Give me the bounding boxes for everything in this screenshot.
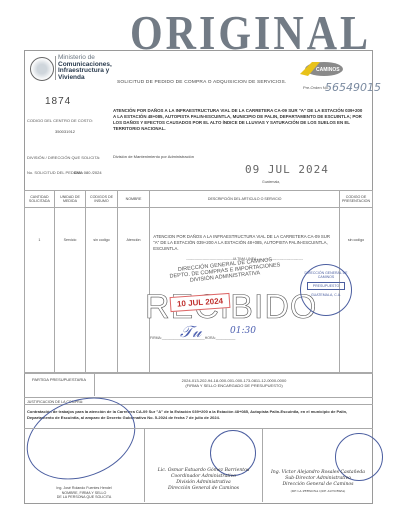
city-label: Guatemala, <box>262 180 280 184</box>
ministry-name: Ministerio de Comunicaciones, Infraestru… <box>58 55 112 81</box>
cell-cantidad: 1 <box>25 208 55 374</box>
request-description: ATENCIÓN POR DAÑOS A LA INFRAESTRUCTURA … <box>113 108 363 132</box>
col-unidad: UNIDAD DE MEDIDA <box>54 191 85 208</box>
guatemala-seal-icon <box>30 57 54 81</box>
signature-subdirector: Ing. Victor Alejandro Rosales Castañeda … <box>263 470 373 494</box>
cell-codigo: sin codigo <box>86 208 118 374</box>
ministry-line4: Vivienda <box>58 75 112 82</box>
solicitud-value: DMA 080 /2024 <box>74 170 102 175</box>
signature-row-divider <box>24 428 373 429</box>
svg-text:CAMINOS: CAMINOS <box>316 67 340 73</box>
document-number: 1874 <box>45 96 71 107</box>
col-cantidad: CANTIDAD SOLICITADA <box>25 191 55 208</box>
partida-value: 2024-013-202-94-18-000-001-000-173-0811-… <box>95 378 373 388</box>
partida-label: PARTIDA PRESUPUESTARIA <box>24 377 94 382</box>
cell-unidad: Servicio <box>54 208 85 374</box>
division-label: DIVISIÓN / DIRECCIÓN QUE SOLICITA: <box>27 155 100 160</box>
caminos-logo-icon: CAMINOS <box>298 60 344 78</box>
col-descripcion: DESCRIPCIÓN DEL ARTICULO O SERVICIO <box>150 191 340 208</box>
logo-divider <box>55 56 56 80</box>
division-value: División de Mantenimiento por Administra… <box>113 154 194 159</box>
table-header-row: CANTIDAD SOLICITADA UNIDAD DE MEDIDA COD… <box>25 191 373 208</box>
recibido-stamp-header: DIRECCIÓN GENERAL DE CAMINOS DEPTO. DE C… <box>160 262 290 280</box>
col-codigo: CODIGOS DE INSUMO <box>86 191 118 208</box>
form-title: SOLICITUD DE PEDIDO DE COMPRA O ADQUISIC… <box>117 80 286 85</box>
firma-signature: 𝒯𝓊 <box>180 322 201 342</box>
preorden-number: 56549015 <box>325 81 381 94</box>
date-stamp: 09 JUL 2024 <box>245 163 329 176</box>
presupuesto-stamp: DIRECCIÓN GENERAL DE CAMINOS PRESUPUESTO… <box>300 264 352 316</box>
centro-costo-label: CODIGO DEL CENTRO DE COSTO: <box>27 118 93 123</box>
signature-solicitante: Ing. José Rolando Fuentes Hendel NOMBRE,… <box>24 486 144 500</box>
signature-coordinador: Lic. Osmar Estuardo Gómez Barrientos Coo… <box>145 468 262 492</box>
centro-costo-value: 350031912 <box>55 129 75 134</box>
col-presentacion: CODIGO DE PRESENTACION <box>340 191 373 208</box>
col-nombre: NOMBRE <box>117 191 149 208</box>
hora-value: 01:30 <box>230 326 256 336</box>
item-description: ATENCION POR DAÑOS A LA INFRAESTRUCTURA … <box>153 234 336 251</box>
